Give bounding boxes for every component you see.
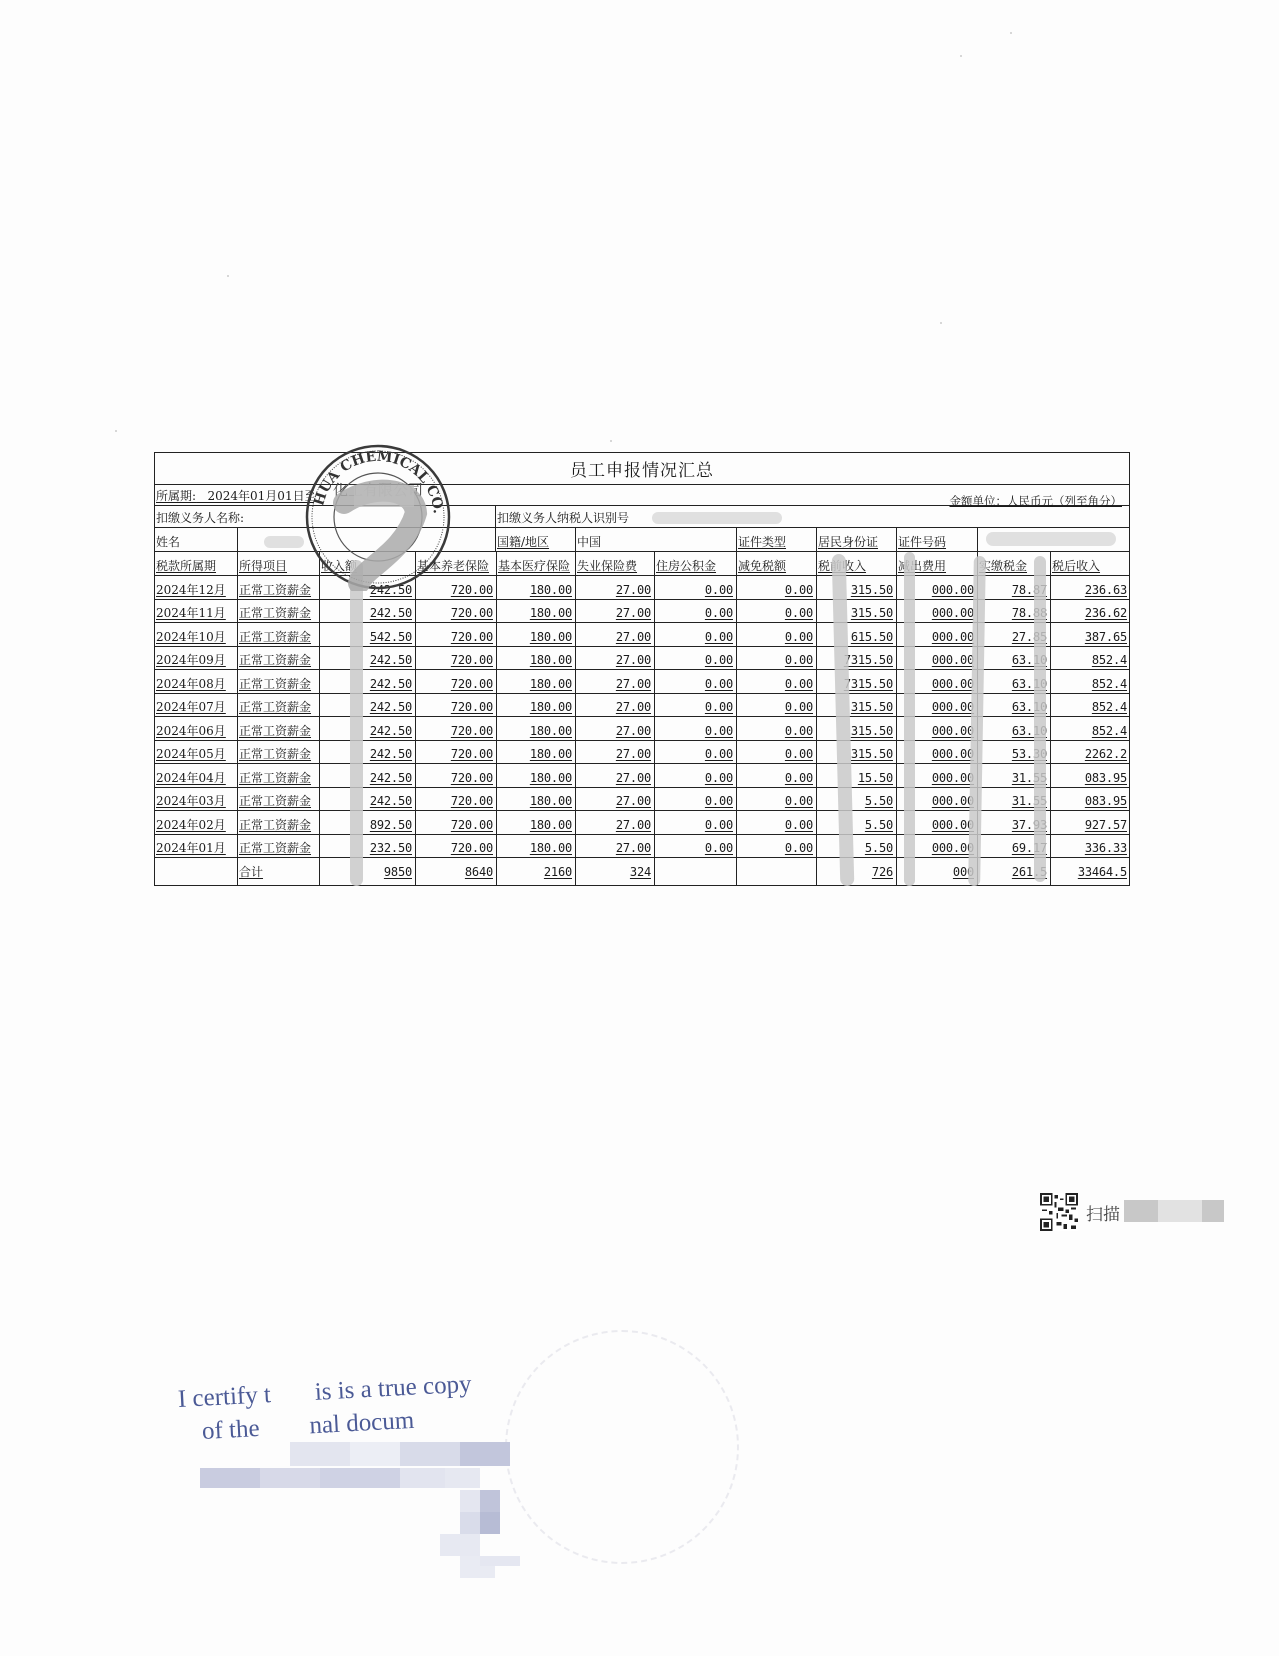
nationality-value: 中国	[575, 527, 735, 551]
table-cell: 正常工资薪金	[237, 599, 319, 623]
column-header: 住房公积金	[654, 551, 736, 575]
table-cell: 852.4	[1050, 693, 1130, 717]
table-cell: 720.00	[415, 740, 496, 764]
certify-line-1: I certify tis is a true copy	[177, 1371, 472, 1414]
paper-speck	[1010, 32, 1012, 34]
table-cell: 2024年07月	[154, 693, 237, 717]
period-label: 所属期: 2024年01月01日至2	[154, 484, 314, 505]
total-cell	[736, 857, 816, 881]
table-cell: 5.50	[816, 787, 896, 811]
table-cell: 180.00	[496, 622, 575, 646]
withholder-name-label: 扣缴义务人名称:	[154, 505, 354, 527]
table-cell: 7315.50	[816, 669, 896, 693]
table-cell: 27.00	[575, 693, 654, 717]
table-cell: 242.50	[319, 669, 415, 693]
table-cell: 927.57	[1050, 810, 1130, 834]
table-cell: 0.00	[736, 693, 816, 717]
table-cell: 0.00	[736, 740, 816, 764]
total-cell	[654, 857, 736, 881]
table-cell: 正常工资薪金	[237, 763, 319, 787]
scan-redaction	[1158, 1200, 1202, 1222]
table-cell: 720.00	[415, 599, 496, 623]
qr-code-icon	[1040, 1193, 1078, 1231]
table-cell: 542.50	[319, 622, 415, 646]
pixel-block	[460, 1442, 510, 1466]
table-cell: 852.4	[1050, 646, 1130, 670]
rule	[237, 527, 238, 551]
name-label: 姓名	[154, 527, 237, 551]
table-cell: 27.00	[575, 787, 654, 811]
table-cell: 242.50	[319, 599, 415, 623]
taxid-redaction	[652, 512, 782, 524]
aftertax-redaction	[1034, 556, 1046, 882]
table-cell: 0.00	[736, 669, 816, 693]
table-cell: 0.00	[654, 740, 736, 764]
table-cell: 0.00	[654, 599, 736, 623]
column-header: 税后收入	[1050, 551, 1130, 575]
table-cell: 242.50	[319, 740, 415, 764]
table-cell: 0.00	[736, 834, 816, 858]
table-cell: 0.00	[654, 693, 736, 717]
column-header: 基本医疗保险	[496, 551, 575, 575]
table-cell: 0.00	[654, 787, 736, 811]
table-cell: 27.00	[575, 834, 654, 858]
nationality-label: 国籍/地区	[495, 527, 575, 551]
table-cell: 180.00	[496, 834, 575, 858]
table-cell: 720.00	[415, 787, 496, 811]
tax-declaration-table: 员工申报情况汇总 所属期: 2024年01月01日至2 金额单位：人民币元（列至…	[154, 452, 1130, 886]
table-cell: 0.00	[654, 810, 736, 834]
column-header: 减免税额	[736, 551, 816, 575]
total-cell: 8640	[415, 857, 496, 881]
faint-seal-impression	[505, 1330, 739, 1564]
table-cell: 27.00	[575, 599, 654, 623]
table-cell: 852.4	[1050, 669, 1130, 693]
table-cell: 0.00	[736, 599, 816, 623]
total-cell: 324	[575, 857, 654, 881]
column-header: 税前收入	[816, 551, 896, 575]
table-cell: 7315.50	[816, 646, 896, 670]
table-cell: 892.50	[319, 810, 415, 834]
table-cell: 正常工资薪金	[237, 834, 319, 858]
table-cell: 083.95	[1050, 787, 1130, 811]
table-cell: 27.00	[575, 763, 654, 787]
table-cell: 242.50	[319, 575, 415, 599]
total-cell: 合计	[237, 857, 319, 881]
column-header: 收入额	[319, 551, 415, 575]
pixel-block	[400, 1442, 460, 1466]
table-cell: 242.50	[319, 763, 415, 787]
table-cell: 正常工资薪金	[237, 646, 319, 670]
table-cell: 615.50	[816, 622, 896, 646]
table-cell: 2024年11月	[154, 599, 237, 623]
table-cell: 0.00	[654, 834, 736, 858]
pixel-block	[350, 1442, 400, 1466]
currency-unit: 金额单位：人民币元（列至角分）	[950, 493, 1123, 509]
table-cell: 720.00	[415, 669, 496, 693]
table-cell: 720.00	[415, 646, 496, 670]
certify-line-2: of thenal docum	[201, 1407, 415, 1446]
income-redaction	[350, 560, 363, 886]
table-cell: 720.00	[415, 575, 496, 599]
paper-speck	[610, 440, 612, 442]
pixel-block	[440, 1534, 480, 1556]
table-cell: 180.00	[496, 763, 575, 787]
table-cell: 387.65	[1050, 622, 1130, 646]
rule	[977, 527, 978, 551]
table-cell: 315.50	[816, 693, 896, 717]
table-cell: 720.00	[415, 716, 496, 740]
table-cell: 27.00	[575, 716, 654, 740]
total-cell: 2160	[496, 857, 575, 881]
table-cell: 180.00	[496, 646, 575, 670]
table-cell: 720.00	[415, 763, 496, 787]
table-cell: 236.62	[1050, 599, 1130, 623]
table-cell: 0.00	[654, 646, 736, 670]
deduction-redaction	[904, 552, 915, 886]
pixel-block	[480, 1556, 520, 1566]
table-cell: 242.50	[319, 693, 415, 717]
table-cell: 0.00	[736, 622, 816, 646]
table-cell: 0.00	[736, 810, 816, 834]
pixel-block	[445, 1468, 480, 1488]
table-cell: 0.00	[736, 646, 816, 670]
total-cell	[154, 857, 237, 881]
table-cell: 2024年06月	[154, 716, 237, 740]
table-cell: 236.63	[1050, 575, 1130, 599]
table-cell: 242.50	[319, 716, 415, 740]
paper-speck	[227, 275, 229, 277]
total-cell: 9850	[319, 857, 415, 881]
name-redaction	[264, 536, 304, 548]
table-cell: 27.00	[575, 646, 654, 670]
table-cell: 2024年10月	[154, 622, 237, 646]
column-header: 所得项目	[237, 551, 319, 575]
table-cell: 27.00	[575, 740, 654, 764]
table-cell: 2024年12月	[154, 575, 237, 599]
table-cell: 2024年03月	[154, 787, 237, 811]
table-cell: 180.00	[496, 810, 575, 834]
table-cell: 083.95	[1050, 763, 1130, 787]
column-header: 失业保险费	[575, 551, 654, 575]
table-cell: 2024年02月	[154, 810, 237, 834]
table-cell: 27.00	[575, 622, 654, 646]
pixel-block	[200, 1468, 260, 1488]
table-cell: 180.00	[496, 787, 575, 811]
pixel-block	[320, 1468, 400, 1488]
total-cell: 33464.5	[1050, 857, 1130, 881]
table-cell: 720.00	[415, 622, 496, 646]
table-cell: 2024年01月	[154, 834, 237, 858]
table-cell: 0.00	[654, 763, 736, 787]
table-cell: 315.50	[816, 740, 896, 764]
table-cell: 正常工资薪金	[237, 575, 319, 599]
table-cell: 0.00	[736, 787, 816, 811]
table-cell: 315.50	[816, 716, 896, 740]
table-cell: 180.00	[496, 669, 575, 693]
table-cell: 0.00	[654, 716, 736, 740]
table-cell: 180.00	[496, 716, 575, 740]
table-cell: 720.00	[415, 810, 496, 834]
column-header: 税款所属期	[154, 551, 237, 575]
total-cell: 726	[816, 857, 896, 881]
scan-label: 扫描	[1086, 1200, 1120, 1225]
table-cell: 0.00	[736, 575, 816, 599]
table-cell: 正常工资薪金	[237, 622, 319, 646]
table-cell: 0.00	[654, 622, 736, 646]
table-cell: 2024年04月	[154, 763, 237, 787]
table-cell: 5.50	[816, 834, 896, 858]
column-header: 基本养老保险	[415, 551, 496, 575]
table-cell: 2024年05月	[154, 740, 237, 764]
table-cell: 5.50	[816, 810, 896, 834]
pixel-block	[480, 1490, 500, 1512]
paper-speck	[940, 322, 942, 324]
table-cell: 27.00	[575, 669, 654, 693]
table-cell: 正常工资薪金	[237, 787, 319, 811]
table-cell: 27.00	[575, 810, 654, 834]
id-number-redaction	[986, 532, 1116, 546]
table-cell: 720.00	[415, 693, 496, 717]
table-cell: 232.50	[319, 834, 415, 858]
pixel-block	[480, 1512, 500, 1534]
table-cell: 315.50	[816, 575, 896, 599]
pixel-block	[260, 1468, 320, 1488]
table-cell: 180.00	[496, 575, 575, 599]
table-cell: 正常工资薪金	[237, 740, 319, 764]
table-cell: 242.50	[319, 787, 415, 811]
table-cell: 正常工资薪金	[237, 716, 319, 740]
table-cell: 0.00	[736, 716, 816, 740]
document-title: 员工申报情况汇总	[154, 452, 1130, 484]
table-cell: 2024年08月	[154, 669, 237, 693]
pixel-block	[290, 1442, 350, 1466]
id-type-value: 居民身份证	[816, 527, 896, 551]
table-cell: 正常工资薪金	[237, 810, 319, 834]
period-value: 2024年01月01日至2	[208, 490, 315, 502]
table-cell: 2262.2	[1050, 740, 1130, 764]
scan-redaction	[1124, 1200, 1158, 1222]
paper-speck	[960, 55, 962, 57]
paper-speck	[115, 430, 117, 432]
scan-redaction	[1202, 1200, 1224, 1222]
table-cell: 0.00	[654, 575, 736, 599]
table-cell: 315.50	[816, 599, 896, 623]
table-cell: 0.00	[654, 669, 736, 693]
table-cell: 180.00	[496, 740, 575, 764]
table-cell: 852.4	[1050, 716, 1130, 740]
table-cell: 正常工资薪金	[237, 693, 319, 717]
table-cell: 15.50	[816, 763, 896, 787]
table-cell: 336.33	[1050, 834, 1130, 858]
table-cell: 720.00	[415, 834, 496, 858]
table-cell: 27.00	[575, 575, 654, 599]
id-number-label: 证件号码	[896, 527, 976, 551]
table-cell: 180.00	[496, 693, 575, 717]
table-cell: 0.00	[736, 763, 816, 787]
table-cell: 180.00	[496, 599, 575, 623]
id-type-label: 证件类型	[736, 527, 816, 551]
table-cell: 242.50	[319, 646, 415, 670]
table-cell: 2024年09月	[154, 646, 237, 670]
table-cell: 正常工资薪金	[237, 669, 319, 693]
